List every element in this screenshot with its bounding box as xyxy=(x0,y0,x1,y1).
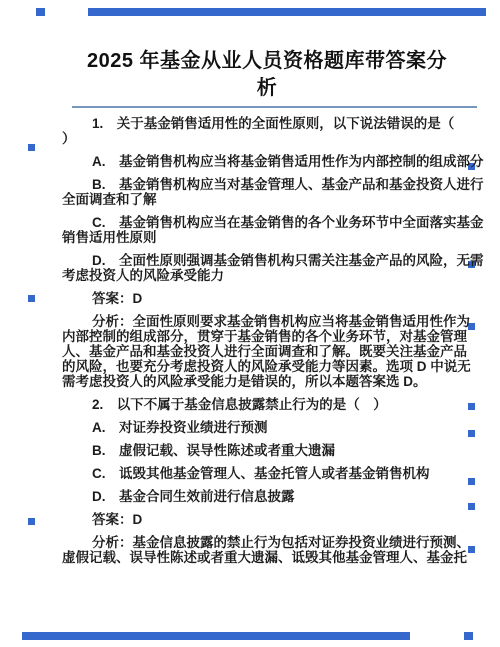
q2-option-d-line-1: D. 基金合同生效前进行信息披露 xyxy=(62,489,474,504)
q2-analysis-line-2: 虚假记载、误导性陈述或者重大遗漏、诋毁其他基金管理人、基金托 xyxy=(62,550,474,565)
q2-stem: 2. 以下不属于基金信息披露禁止行为的是（ ） xyxy=(62,397,474,412)
q2-option-b: B. 虚假记载、误导性陈述或者重大遗漏 xyxy=(62,443,474,458)
q2-option-b-line-1: B. 虚假记载、误导性陈述或者重大遗漏 xyxy=(62,443,474,458)
watermark-square-left-3 xyxy=(28,518,35,525)
document-title: 2025 年基金从业人员资格题库带答案分 析 xyxy=(62,48,472,102)
q1-option-c-line-1: C. 基金销售机构应当在基金销售的各个业务环节中全面落实基金 xyxy=(62,215,474,230)
q1-option-b: B. 基金销售机构应当对基金管理人、基金产品和基金投资人进行全面调查和了解 xyxy=(62,177,474,207)
q1-option-d: D. 全面性原则强调基金销售机构只需关注基金产品的风险，无需考虑投资人的风险承受… xyxy=(62,253,474,283)
q2-analysis-line-1: 分析：基金信息披露的禁止行为包括对证券投资业绩进行预测、 xyxy=(62,535,474,550)
q1-answer-line-1: 答案：D xyxy=(62,291,474,306)
q1-analysis-line-3: 人、基金产品和基金投资人进行全面调查和了解。既要关注基金产品 xyxy=(62,344,474,359)
q1-analysis-line-5: 需考虑投资人的风险承受能力是错误的，所以本题答案选 D。 xyxy=(62,374,474,389)
q1-analysis-line-2: 内部控制的组成部分，贯穿于基金销售的各个业务环节，对基金管理 xyxy=(62,329,474,344)
q2-option-c: C. 诋毁其他基金管理人、基金托管人或者基金销售机构 xyxy=(62,466,474,481)
q2-option-a-line-1: A. 对证券投资业绩进行预测 xyxy=(62,420,474,435)
q1-stem: 1. 关于基金销售适用性的全面性原则，以下说法错误的是（） xyxy=(62,116,474,146)
q1-answer: 答案：D xyxy=(62,291,474,306)
watermark-bar-bottom xyxy=(22,632,410,640)
watermark-square-top-left xyxy=(36,8,45,16)
q2-answer-line-1: 答案：D xyxy=(62,512,474,527)
q1-analysis-line-1: 分析：全面性原则要求基金销售机构应当将基金销售适用性作为 xyxy=(62,314,474,329)
document-page: 2025 年基金从业人员资格题库带答案分 析 1. 关于基金销售适用性的全面性原… xyxy=(0,0,500,647)
q1-option-b-line-1: B. 基金销售机构应当对基金管理人、基金产品和基金投资人进行 xyxy=(62,177,474,192)
watermark-bar-top xyxy=(88,8,486,16)
q2-option-a: A. 对证券投资业绩进行预测 xyxy=(62,420,474,435)
q1-analysis: 分析：全面性原则要求基金销售机构应当将基金销售适用性作为内部控制的组成部分，贯穿… xyxy=(62,314,474,389)
document-title-line-1: 2025 年基金从业人员资格题库带答案分 xyxy=(62,48,472,75)
q1-option-c-line-2: 销售适用性原则 xyxy=(62,230,474,245)
q1-option-d-line-2: 考虑投资人的风险承受能力 xyxy=(62,268,474,283)
watermark-square-left-2 xyxy=(28,295,35,302)
q2-option-d: D. 基金合同生效前进行信息披露 xyxy=(62,489,474,504)
q1-stem-line-1: 1. 关于基金销售适用性的全面性原则，以下说法错误的是（ xyxy=(62,116,474,131)
title-divider-rule xyxy=(72,106,477,108)
document-title-line-2: 析 xyxy=(62,75,472,102)
q1-option-a: A. 基金销售机构应当将基金销售适用性作为内部控制的组成部分 xyxy=(62,154,474,169)
q1-analysis-line-4: 的风险，也要充分考虑投资人的风险承受能力等因素。选项 D 中说无 xyxy=(62,359,474,374)
watermark-square-bottom-right xyxy=(464,632,473,640)
q2-stem-line-1: 2. 以下不属于基金信息披露禁止行为的是（ ） xyxy=(62,397,474,412)
q1-option-d-line-1: D. 全面性原则强调基金销售机构只需关注基金产品的风险，无需 xyxy=(62,253,474,268)
q1-option-a-line-1: A. 基金销售机构应当将基金销售适用性作为内部控制的组成部分 xyxy=(62,154,474,169)
q1-stem-line-2: ） xyxy=(62,131,474,146)
document-body: 1. 关于基金销售适用性的全面性原则，以下说法错误的是（）A. 基金销售机构应当… xyxy=(62,116,474,565)
q2-option-c-line-1: C. 诋毁其他基金管理人、基金托管人或者基金销售机构 xyxy=(62,466,474,481)
watermark-square-left-1 xyxy=(28,144,35,151)
q2-analysis: 分析：基金信息披露的禁止行为包括对证券投资业绩进行预测、虚假记载、误导性陈述或者… xyxy=(62,535,474,565)
q1-option-b-line-2: 全面调查和了解 xyxy=(62,192,474,207)
q1-option-c: C. 基金销售机构应当在基金销售的各个业务环节中全面落实基金销售适用性原则 xyxy=(62,215,474,245)
q2-answer: 答案：D xyxy=(62,512,474,527)
